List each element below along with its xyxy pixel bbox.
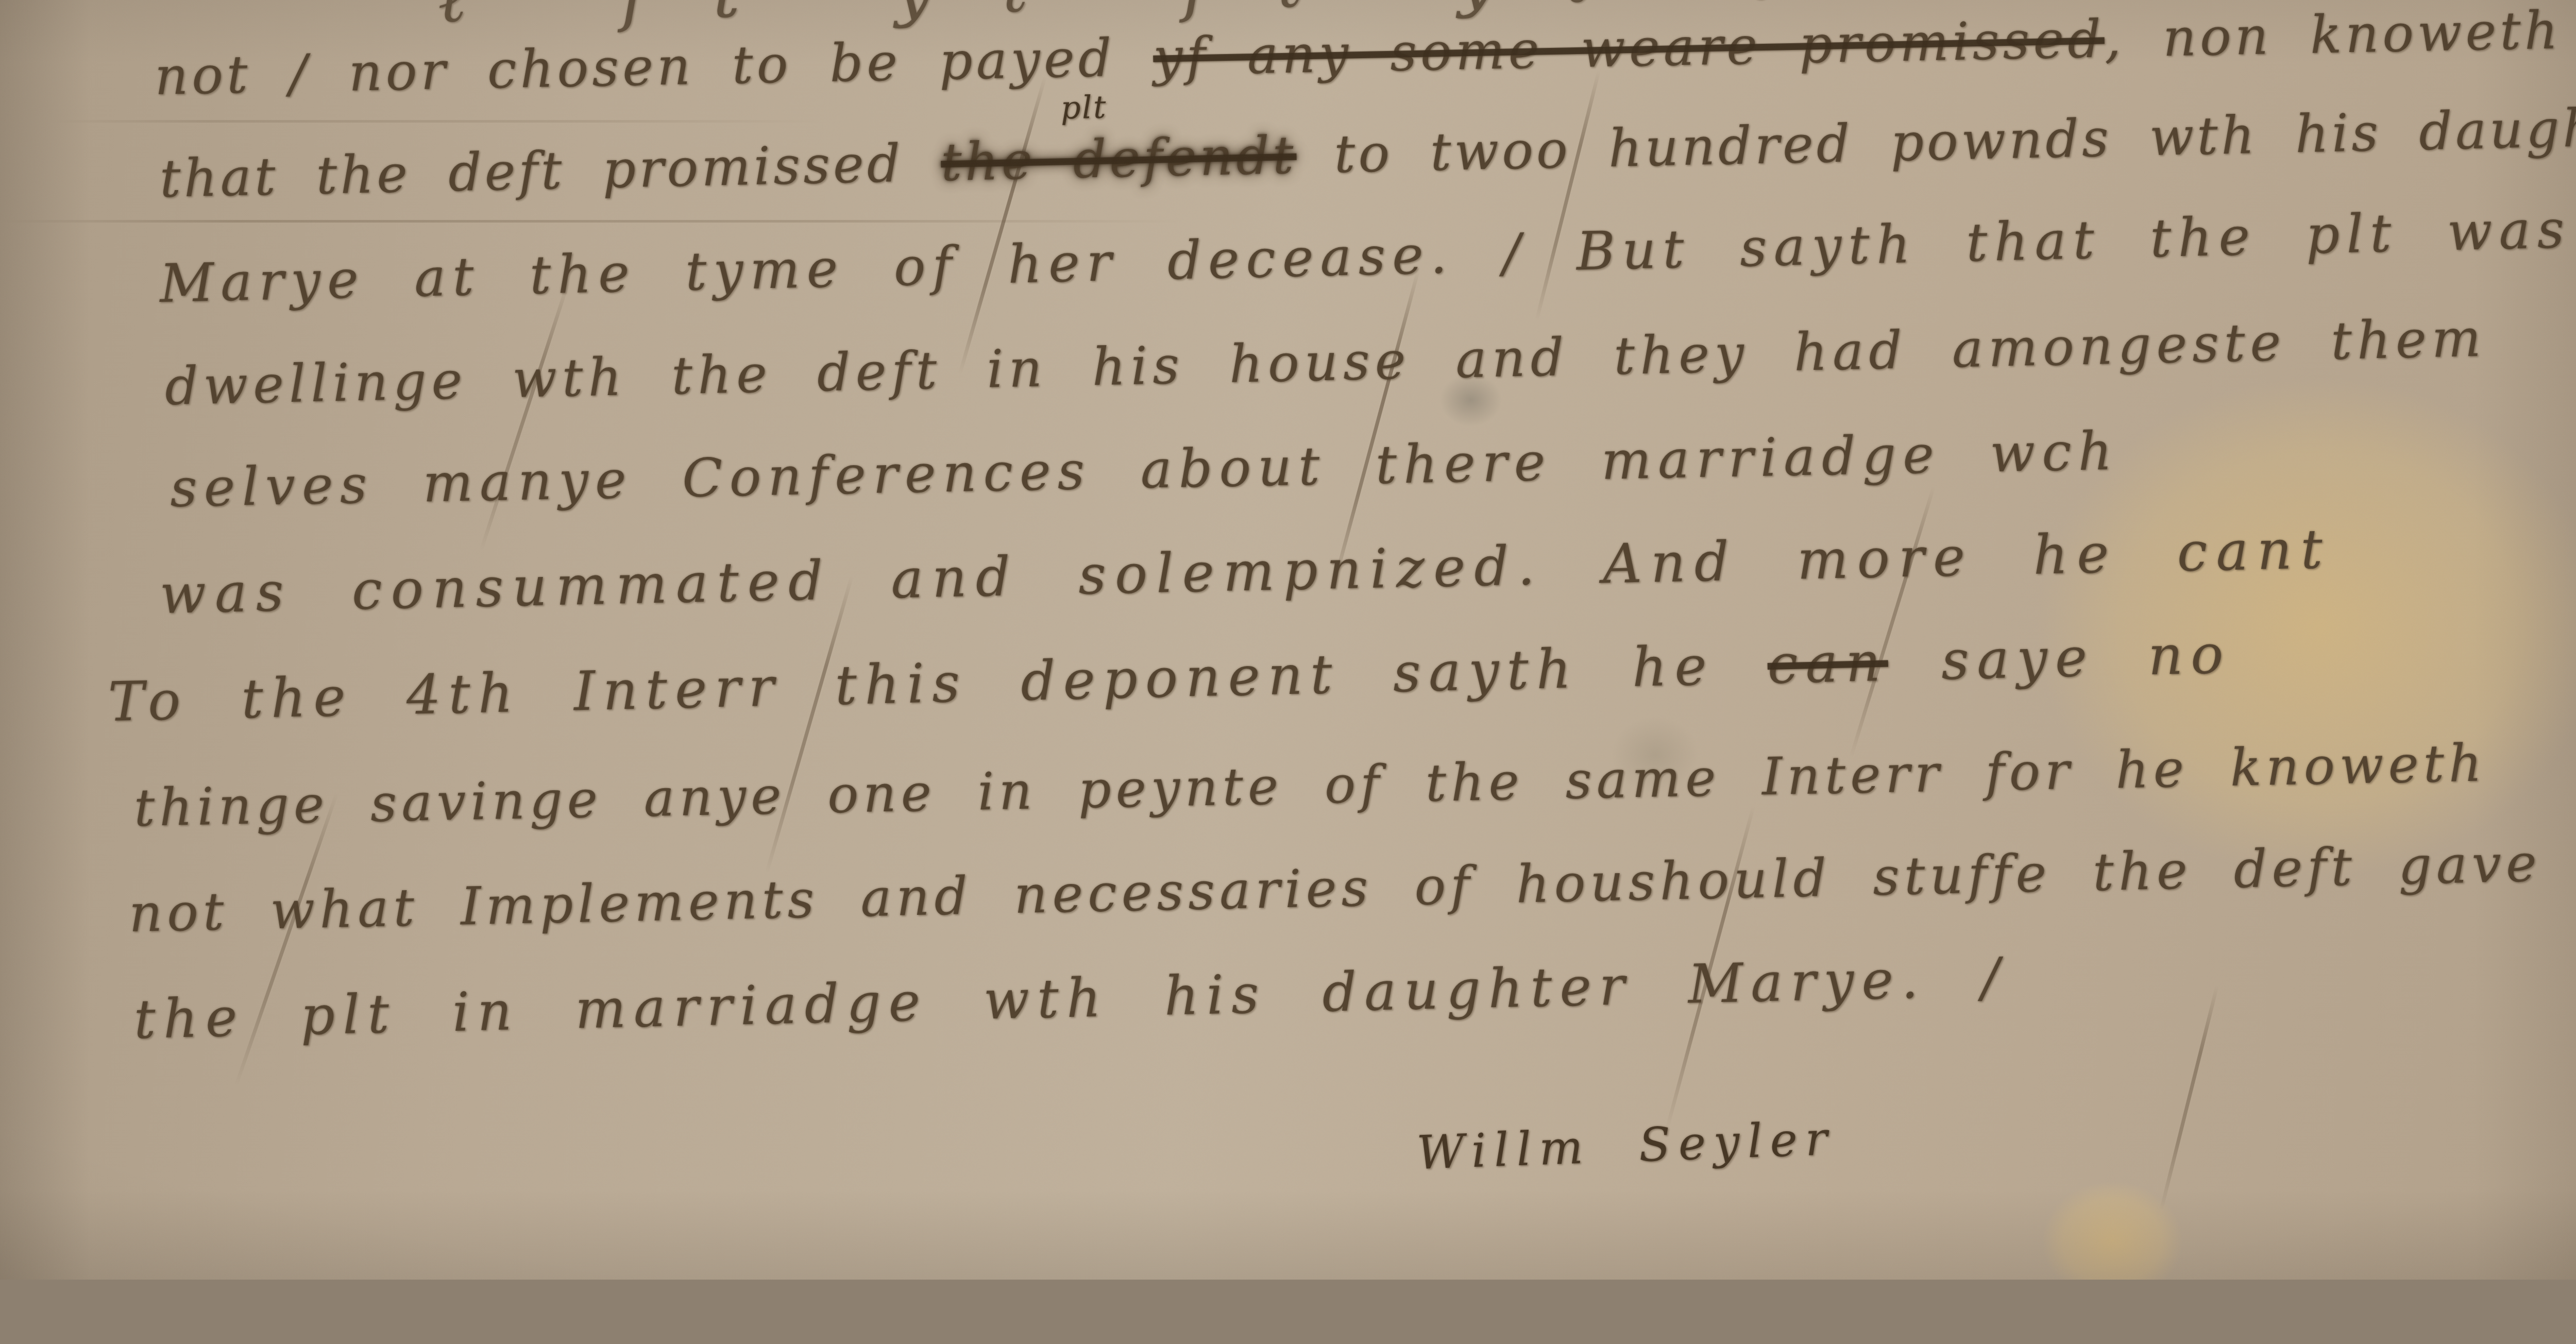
page-shading: [0, 0, 2576, 1280]
manuscript-page: ℓ ſt yℓ ſℓ yℓ ℓ not / nor chosen to be p…: [0, 0, 2576, 1280]
